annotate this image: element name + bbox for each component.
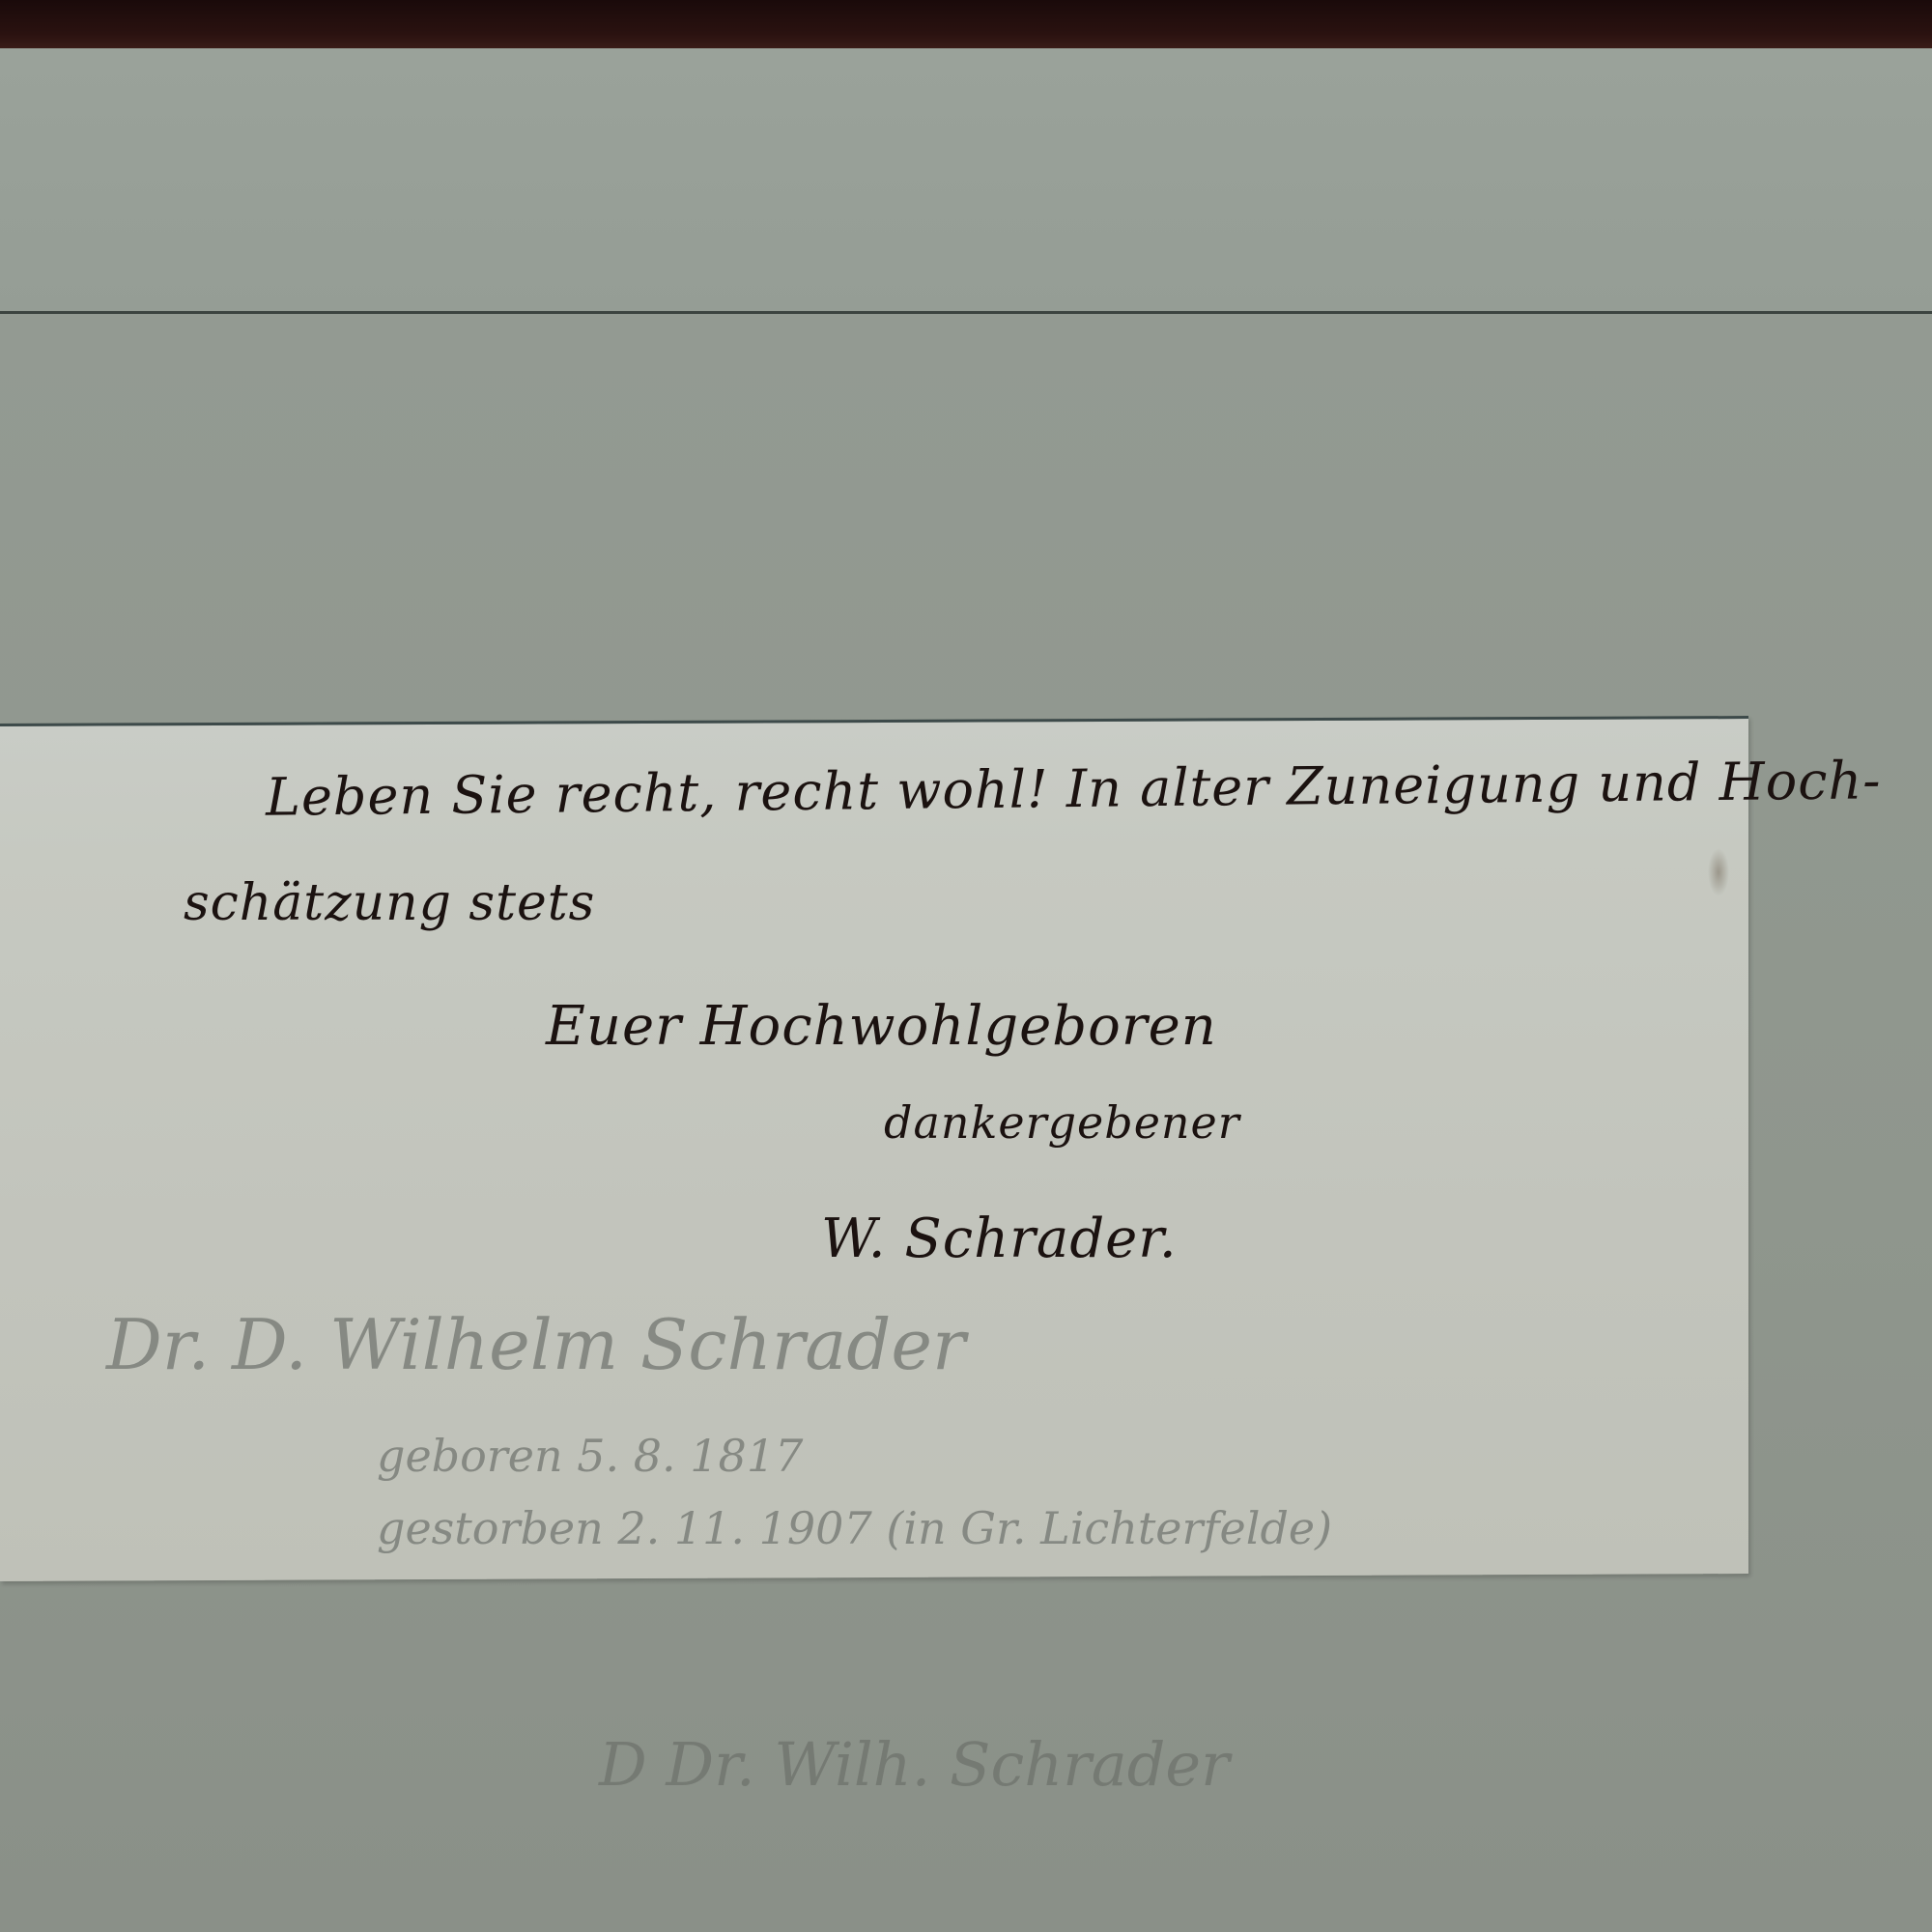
ink-closing-phrase: dankergebener [884,1096,1240,1149]
pencil-name: Dr. D. Wilhelm Schrader [106,1304,965,1385]
pencil-birth-date: geboren 5. 8. 1817 [377,1430,803,1482]
paper-stain [1708,848,1729,896]
ink-line-2: schätzung stets [184,874,595,932]
pencil-death-date: gestorben 2. 11. 1907 (in Gr. Lichterfel… [377,1502,1332,1554]
mount-pencil-label: D Dr. Wilh. Schrader [599,1729,1230,1800]
ink-signature: W. Schrader. [821,1207,1178,1270]
handwritten-note-slip [0,716,1748,1581]
mount-card-upper [0,48,1932,311]
dark-frame-edge [0,0,1932,48]
ink-closing-salutation: Euer Hochwohlgeboren [546,995,1217,1058]
